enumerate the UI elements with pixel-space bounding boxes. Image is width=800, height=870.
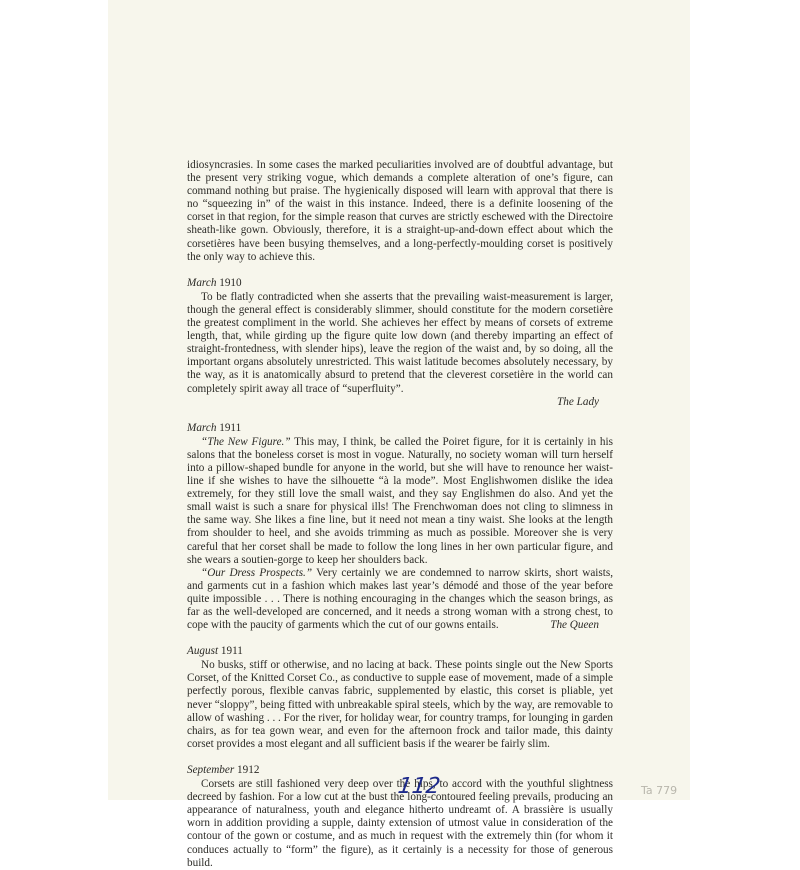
section-date: August 1911 [187,645,613,658]
article-title: “The New Figure.” [201,436,291,448]
handwritten-page-number: 112 [396,774,442,799]
section-march-1910: March 1910 To be flatly contradicted whe… [187,277,613,409]
document-body: idiosyncrasies. In some cases the marked… [187,159,613,800]
section-paragraph: To be flatly contradicted when she asser… [187,291,613,396]
section-paragraph: “The New Figure.” This may, I think, be … [187,436,613,567]
source-attribution: The Lady [187,396,613,409]
intro-paragraph: idiosyncrasies. In some cases the marked… [187,159,613,264]
source-attribution: The Queen [536,619,613,632]
section-march-1911: March 1911 “The New Figure.” This may, I… [187,422,613,633]
faint-reference-mark: Ta 779 [641,784,677,797]
section-august-1911: August 1911 No busks, stiff or otherwise… [187,645,613,751]
section-paragraph: No busks, stiff or otherwise, and no lac… [187,659,613,751]
section-date: March 1910 [187,277,613,290]
section-paragraph: “Our Dress Prospects.” Very certainly we… [187,567,613,632]
article-title: “Our Dress Prospects.” [201,567,312,579]
section-date: March 1911 [187,422,613,435]
